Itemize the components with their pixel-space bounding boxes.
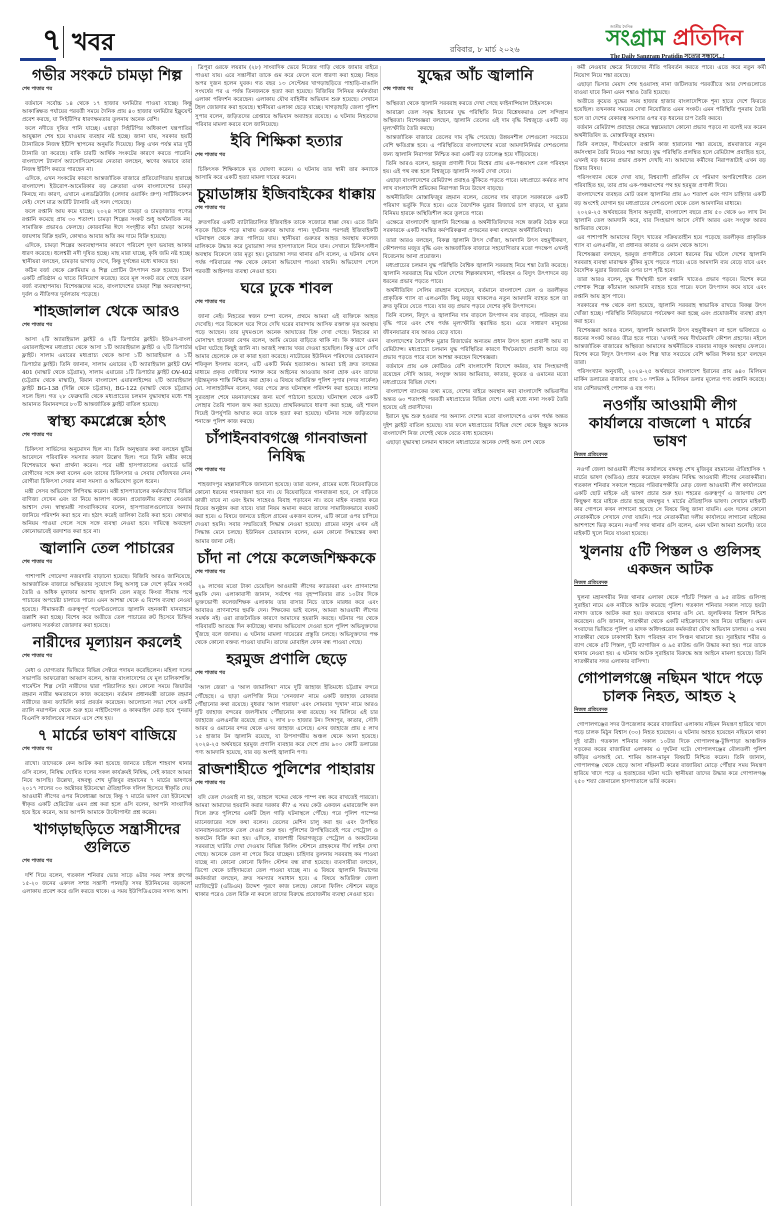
article: জ্বালানি তেল পাচারেরশেষ পাতার পরপাশাপাশি… (22, 539, 192, 630)
article-byline: শেষ পাতার পর (195, 780, 378, 788)
article-paragraph: খুলনা মহানগরীর নিজ থানার এলাকা থেকে পাঁচ… (574, 594, 766, 667)
column-divider (380, 66, 381, 1206)
column-divider (571, 66, 572, 1206)
article-paragraph: বাংলাদেশ ব্যাংকের তথ্য মতে, দেশের বাইরে … (383, 388, 568, 412)
article-paragraph: এছাড়া ভিসার মেয়াদ শেষ হওয়াসহ নানা জটি… (574, 81, 766, 97)
article-body: খুলনা মহানগরীর নিজ থানার এলাকা থেকে পাঁচ… (574, 594, 766, 667)
article-headline[interactable]: খুলনায় ৫টি পিস্তল ও গুলিসহ একজন আটক (574, 542, 766, 578)
article-paragraph: ইরানে যুদ্ধ শুরু হওয়ার পর অন্যান্য দেশে… (383, 413, 568, 437)
article-headline[interactable]: যুদ্ধের আঁচ জ্বালানি (383, 66, 568, 84)
article-byline: শেষ পাতার পর (22, 322, 192, 330)
article-body: মেধা ও যোগ্যতার ভিত্তিতে বিভিন্ন সেক্টরে… (22, 667, 192, 724)
column-1: গভীর সংকটে চামড়া শিল্পশেষ পাতার পরবর্তম… (22, 64, 192, 1210)
article-headline[interactable]: হরমুজ প্রণালি ছেড়ে (195, 650, 378, 668)
logo-word-pratidin: প্রতিদিন (673, 25, 743, 51)
article-paragraph: মেধা ও যোগ্যতার ভিত্তিতে বিভিন্ন সেক্টরে… (22, 667, 192, 724)
article-paragraph: নওগাঁ জেলা আওয়ামী লীগের কার্যালয়ে বঙ্গ… (574, 466, 766, 539)
article-paragraph: যদি তেল দেওয়াই না হয়, তাহলে খদ্দের থেক… (195, 794, 378, 899)
article-paragraph: আন্তর্জাতিক বাজারে তেলের দাম বৃদ্ধি পেয়… (383, 134, 568, 158)
article: হরমুজ প্রণালি ছেড়েশেষ পাতার পর'আল জেরা'… (195, 650, 378, 757)
article-paragraph: তারা আরও বলছেন, বিকল্প জ্বালানি উৎস খোঁজ… (383, 237, 568, 261)
article-body: যদি তেল দেওয়াই না হয়, তাহলে খদ্দের থেক… (195, 794, 378, 899)
article-paragraph: বাংলাদেশের ব্যবহৃত মোট তরল জ্বালানির প্র… (574, 191, 766, 207)
column-3: যুদ্ধের আঁচ জ্বালানিশেষ পাতার পরঅস্থিরতা… (383, 64, 568, 1210)
article-headline[interactable]: ৭ মার্চের ভাষণ বাজিয়ে (22, 726, 192, 744)
article-paragraph: বাংলাদেশের বৈদেশিক মুদ্রার রিজার্ভের অন্… (383, 338, 568, 362)
article-body: জানা নেই। নিহতের স্বজন চম্পা বলেন, প্রথম… (195, 313, 378, 426)
article-paragraph: পরিসংখ্যান থেকে দেখা যায়, বিশ্বব্যাপী প… (574, 174, 766, 190)
article-byline: শেষ পাতার পর (22, 432, 192, 440)
article-paragraph: 'আল জেরা' ও 'আল জামালিয়া' নামে দুটি জাহ… (195, 684, 378, 757)
article: নওগাঁয় আওয়ামী লীগ কার্যালয়ে বাজলো ৭ ম… (574, 396, 766, 539)
article-paragraph: বর্তমান রেমিট্যান্স প্রবাহের ক্ষেত্রে স্… (574, 124, 766, 140)
article-byline: নিজস্ব প্রতিবেদক (574, 452, 766, 460)
article-body: ২৯ লাখের মতো টাকা চেয়েছিল আওয়ামী লীগের… (195, 583, 378, 648)
article-paragraph: দর্শি দিয়ে বলেন, গতকাল শনিবার ভোর সাড়ে… (22, 872, 192, 896)
article: নারীদের মূল্যায়ন করলেইশেষ পাতার পরমেধা … (22, 633, 192, 724)
article-headline[interactable]: স্বাস্থ্য কমপ্লেক্সে হঠাৎ (22, 412, 192, 430)
article-headline[interactable]: চাঁদা না পেয়ে কলেজশিক্ষককে (195, 549, 378, 567)
article-byline: শেষ পাতার পর (195, 467, 378, 475)
article: রাজশাহীতে পুলিশের পাহারায়শেষ পাতার পরযদ… (195, 760, 378, 899)
article-byline: শেষ পাতার পর (195, 299, 378, 307)
article-headline[interactable]: গোপালগঞ্জে নছিমন খাদে পড়ে চালক নিহত, আহ… (574, 669, 766, 705)
article-paragraph: বর্তমানে প্রায় এক কোটিরও বেশি বাংলাদেশি… (383, 363, 568, 387)
article-paragraph: মন্ত্রী সেসব অভিযোগ লিপিবদ্ধ করেন। মন্ত্… (22, 488, 192, 537)
article: চাঁদা না পেয়ে কলেজশিক্ষককেশেষ পাতার পর২… (195, 549, 378, 648)
article-byline: শেষ পাতার পর (22, 559, 192, 567)
masthead: ৭ খবর রবিবার, ৮ মার্চ ২০২৬ জাতীয় দৈনিক … (0, 0, 770, 62)
article-body: ত্রিপুরা ওরফে লয়রাম (২৮) সাংবাদিক ভেবে … (195, 64, 378, 129)
article-byline: শেষ পাতার পর (22, 746, 192, 754)
article-paragraph: পরিসংখ্যান অনুযায়ী, ২০২৪-২৫ অর্থবছরে বা… (574, 368, 766, 392)
newspaper-logo[interactable]: জাতীয় দৈনিক সংগ্রাম প্রতিদিন The Daily … (590, 20, 770, 60)
article-body: অস্থিরতা থেকে জ্বালানি সরবরাহ করতে দেখা … (383, 100, 568, 447)
article-paragraph: শাহজাদপুর মহল্লাবাসীকে জানানো হয়েছে। তা… (195, 481, 378, 546)
article-headline[interactable]: ঘরে ঢুকে শাবল (195, 279, 378, 297)
article-paragraph: ত্রিপুরা ওরফে লয়রাম (২৮) সাংবাদিক ভেবে … (195, 64, 378, 129)
article-byline: শেষ পাতার পর (195, 569, 378, 577)
article-paragraph: চিকিৎসা সার্ভিসের অনুমোদন ছিল না। তিনি অ… (22, 446, 192, 486)
article-body: পাশাপাশি গোয়েন্দা নজরদারি বাড়ানো হয়েছ… (22, 573, 192, 630)
article-body: চিকিৎসা সার্ভিসের অনুমোদন ছিল না। তিনি অ… (22, 446, 192, 536)
article-paragraph: অর্থনীতিবিদ মোস্তাফিজুর রহমান বলেন, তেলে… (383, 194, 568, 218)
column-2: ত্রিপুরা ওরফে লয়রাম (২৮) সাংবাদিক ভেবে … (195, 64, 378, 1210)
article-body: নওগাঁ জেলা আওয়ামী লীগের কার্যালয়ে বঙ্গ… (574, 466, 766, 539)
masthead-rule (100, 58, 765, 61)
article-body: দর্শি দিয়ে বলেন, গতকাল শনিবার ভোর সাড়ে… (22, 872, 192, 896)
article-paragraph: এছাড়া যুদ্ধাবস্থা চলমান থাকলে মধ্যপ্রাচ… (383, 439, 568, 447)
article: কর্মী নেওয়ার ক্ষেত্রে নিজেদের নীতি পরিব… (574, 64, 766, 393)
article-paragraph: ২৯ লাখের মতো টাকা চেয়েছিল আওয়ামী লীগের… (195, 583, 378, 648)
article-paragraph: বিশেষজ্ঞরা বলছেন, হরমুজ প্রণালীতে কোনো ধ… (574, 251, 766, 275)
article-headline[interactable]: চাঁপাইনবাবগঞ্জে গানবাজনা নিষিদ্ধ (195, 429, 378, 465)
article-paragraph: কঠিন বর্জ্য থেকে ক্রোমিয়াম ও শিল্প প্রো… (22, 267, 192, 299)
article-byline: নিজস্ব প্রতিবেদক (574, 707, 766, 715)
article-paragraph: এছাড়া বাংলাদেশের রেমিট্যান্স প্রবাহও ঝু… (383, 177, 568, 193)
logo-wordmark: সংগ্রাম প্রতিদিন (606, 26, 743, 50)
article-byline: শেষ পাতার পর (195, 670, 378, 678)
article: যুদ্ধের আঁচ জ্বালানিশেষ পাতার পরঅস্থিরতা… (383, 66, 568, 447)
article-paragraph: অর্থনীতিবিদ সেলিম রায়হান বলেছেন, বর্তমা… (383, 287, 568, 311)
article-paragraph: ফলে নদীতে দূষিত পানি যাচ্ছে। এছাড়া সিইট… (22, 125, 192, 174)
article-paragraph: ২০২৪-২৫ অর্থবছরের হিসাব অনুযায়ী, বাংলাদ… (574, 209, 766, 233)
article-byline: শেষ পাতার পর (383, 86, 568, 94)
article-paragraph: চিকিৎসক শিক্ষিকাকে মৃত ঘোষণা করেন। এ ঘটন… (195, 166, 378, 182)
masthead-rule-left (20, 58, 56, 61)
article-paragraph: পাশাপাশি গোয়েন্দা নজরদারি বাড়ানো হয়েছ… (22, 573, 192, 630)
article: ঘরে ঢুকে শাবলশেষ পাতার পরজানা নেই। নিহতে… (195, 279, 378, 426)
article-byline: শেষ পাতার পর (22, 86, 192, 94)
article: ইবি শিক্ষিকা হত্যারশেষ পাতার পরচিকিৎসক শ… (195, 132, 378, 182)
article-paragraph: গোপালগঞ্জের সদর উপজেলার করের বাজারিয়া এ… (574, 721, 766, 786)
article-paragraph: দ্রুতগতির একটি ব্যাটারিচালিত ইজিবাইক তাক… (195, 219, 378, 276)
article-paragraph: বর্তমানে সর্বোচ্চ ১৪ থেকে ১৭ হাজার ঘনমিট… (22, 100, 192, 124)
article-paragraph: রাখো। তাদেরকে কেন আটক করা হয়েছে জানতে চ… (22, 760, 192, 817)
article-paragraph: অতীতে কুয়েত যুদ্ধের সময় হাজার হাজার বা… (574, 98, 766, 122)
article-headline[interactable]: নারীদের মূল্যায়ন করলেই (22, 633, 192, 651)
logo-word-sangram: সংগ্রাম (606, 25, 665, 51)
column-4: কর্মী নেওয়ার ক্ষেত্রে নিজেদের নীতি পরিব… (574, 64, 766, 1210)
article: চুয়াডাঙ্গায় ইজিবাইকের ধাক্কায়শেষ পাতা… (195, 185, 378, 276)
article-body: 'আল জেরা' ও 'আল জামালিয়া' নামে দুটি জাহ… (195, 684, 378, 757)
article-paragraph: অস্থিরতা থেকে জ্বালানি সরবরাহ করতে দেখা … (383, 100, 568, 108)
article-headline[interactable]: জ্বালানি তেল পাচারের (22, 539, 192, 557)
article-headline[interactable]: নওগাঁয় আওয়ামী লীগ কার্যালয়ে বাজলো ৭ ম… (574, 396, 766, 450)
article-paragraph: তারা আরও বলেন, যুদ্ধ দীর্ঘস্থায়ী হলে রপ… (574, 276, 766, 300)
publication-date: রবিবার, ৮ মার্চ ২০২৬ (450, 44, 520, 57)
article-paragraph: কর্মী নেওয়ার ক্ষেত্রে নিজেদের নীতি পরিব… (574, 64, 766, 80)
article-paragraph: মধ্যপ্রাচ্যের চলমান যুদ্ধ পরিস্থিতি বৈশ্… (383, 262, 568, 286)
article-paragraph: আরাফ্রা তেল সমৃদ্ধ ইরানের যুদ্ধ পরিস্থিত… (383, 109, 568, 133)
article-paragraph: সরকারের পক্ষ থেকে বলা হয়েছে, জ্বালানি স… (574, 302, 766, 326)
article-headline[interactable]: রাজশাহীতে পুলিশের পাহারায় (195, 760, 378, 778)
article: খুলনায় ৫টি পিস্তল ও গুলিসহ একজন আটকনিজস… (574, 542, 766, 667)
article-headline[interactable]: গভীর সংকটে চামড়া শিল্প (22, 66, 192, 84)
article-paragraph: আসা ২টি অ্যারাইভাল ফ্লাইট ও ২টি ডিপার্চা… (22, 336, 192, 409)
article-paragraph: এক্ষেত্রে বাংলাদেশি জ্বালানি বিশেষজ্ঞ ও … (383, 219, 568, 235)
article-body: রাখো। তাদেরকে কেন আটক করা হয়েছে জানতে চ… (22, 760, 192, 817)
article-body: আসা ২টি অ্যারাইভাল ফ্লাইট ও ২টি ডিপার্চা… (22, 336, 192, 409)
article-body: গোপালগঞ্জের সদর উপজেলার করের বাজারিয়া এ… (574, 721, 766, 786)
masthead-divider (63, 26, 64, 58)
article-paragraph: তিনি বলছেন, দীর্ঘমেয়াদে রপ্তানি কাজ হার… (574, 141, 766, 173)
article: গোপালগঞ্জে নছিমন খাদে পড়ে চালক নিহত, আহ… (574, 669, 766, 786)
article-body: কর্মী নেওয়ার ক্ষেত্রে নিজেদের নীতি পরিব… (574, 64, 766, 393)
article-headline[interactable]: খাগড়াছড়িতে সন্ত্রাসীদের গুলিতে (22, 820, 192, 856)
article-paragraph: তিনি বলেন, বিদ্যুৎ ও জ্বালানির দাম বাড়ল… (383, 312, 568, 336)
page-number: ৭ (42, 24, 62, 58)
article-headline[interactable]: চুয়াডাঙ্গায় ইজিবাইকের ধাক্কায় (195, 185, 378, 203)
article-body: শাহজাদপুর মহল্লাবাসীকে জানানো হয়েছে। তা… (195, 481, 378, 546)
article-paragraph: জানা নেই। নিহতের স্বজন চম্পা বলেন, প্রথম… (195, 313, 378, 426)
article-body: বর্তমানে সর্বোচ্চ ১৪ থেকে ১৭ হাজার ঘনমিট… (22, 100, 192, 299)
article: ত্রিপুরা ওরফে লয়রাম (২৮) সাংবাদিক ভেবে … (195, 64, 378, 129)
article-byline: শেষ পাতার পর (22, 858, 192, 866)
article-headline[interactable]: ইবি শিক্ষিকা হত্যার (195, 132, 378, 150)
article: গভীর সংকটে চামড়া শিল্পশেষ পাতার পরবর্তম… (22, 66, 192, 299)
article: শাহজালাল থেকে আরওশেষ পাতার পরআসা ২টি অ্য… (22, 302, 192, 409)
article: চাঁপাইনবাবগঞ্জে গানবাজনা নিষিদ্ধশেষ পাতা… (195, 429, 378, 546)
article-body: দ্রুতগতির একটি ব্যাটারিচালিত ইজিবাইক তাক… (195, 219, 378, 276)
article: ৭ মার্চের ভাষণ বাজিয়েশেষ পাতার পররাখো। … (22, 726, 192, 817)
article-byline: নিজস্ব প্রতিবেদক (574, 580, 766, 588)
article-paragraph: তিনি আরও বলেন, হরমুজ প্রণালী দিয়ে বিশ্ব… (383, 160, 568, 176)
article: স্বাস্থ্য কমপ্লেক্সে হঠাৎশেষ পাতার পরচিক… (22, 412, 192, 536)
article: খাগড়াছড়িতে সন্ত্রাসীদের গুলিতেশেষ পাতা… (22, 820, 192, 896)
article-byline: শেষ পাতার পর (22, 653, 192, 661)
article-paragraph: এদিকে, চামড়া শিল্পের অব্যবস্থাপনার কারণ… (22, 242, 192, 266)
article-paragraph: বিশেষজ্ঞরা আরও বলেন, জ্বালানি আমদানি উৎস… (574, 327, 766, 367)
article-paragraph: এর পাশাপাশি আমাদের বিদ্যুৎ খাতের সক্রিয়… (574, 234, 766, 250)
article-byline: শেষ পাতার পর (195, 152, 378, 160)
section-title: খবর (72, 26, 114, 58)
article-byline: শেষ পাতার পর (195, 205, 378, 213)
article-paragraph: ফলে রপ্তানি আয় কমে যাচ্ছে। ২০২৪ সালে চা… (22, 208, 192, 240)
article-paragraph: এদিকে, এখন সংকটের কারণে আন্তর্জাতিক বাজা… (22, 175, 192, 207)
article-headline[interactable]: শাহজালাল থেকে আরও (22, 302, 192, 320)
article-body: চিকিৎসক শিক্ষিকাকে মৃত ঘোষণা করেন। এ ঘটন… (195, 166, 378, 182)
